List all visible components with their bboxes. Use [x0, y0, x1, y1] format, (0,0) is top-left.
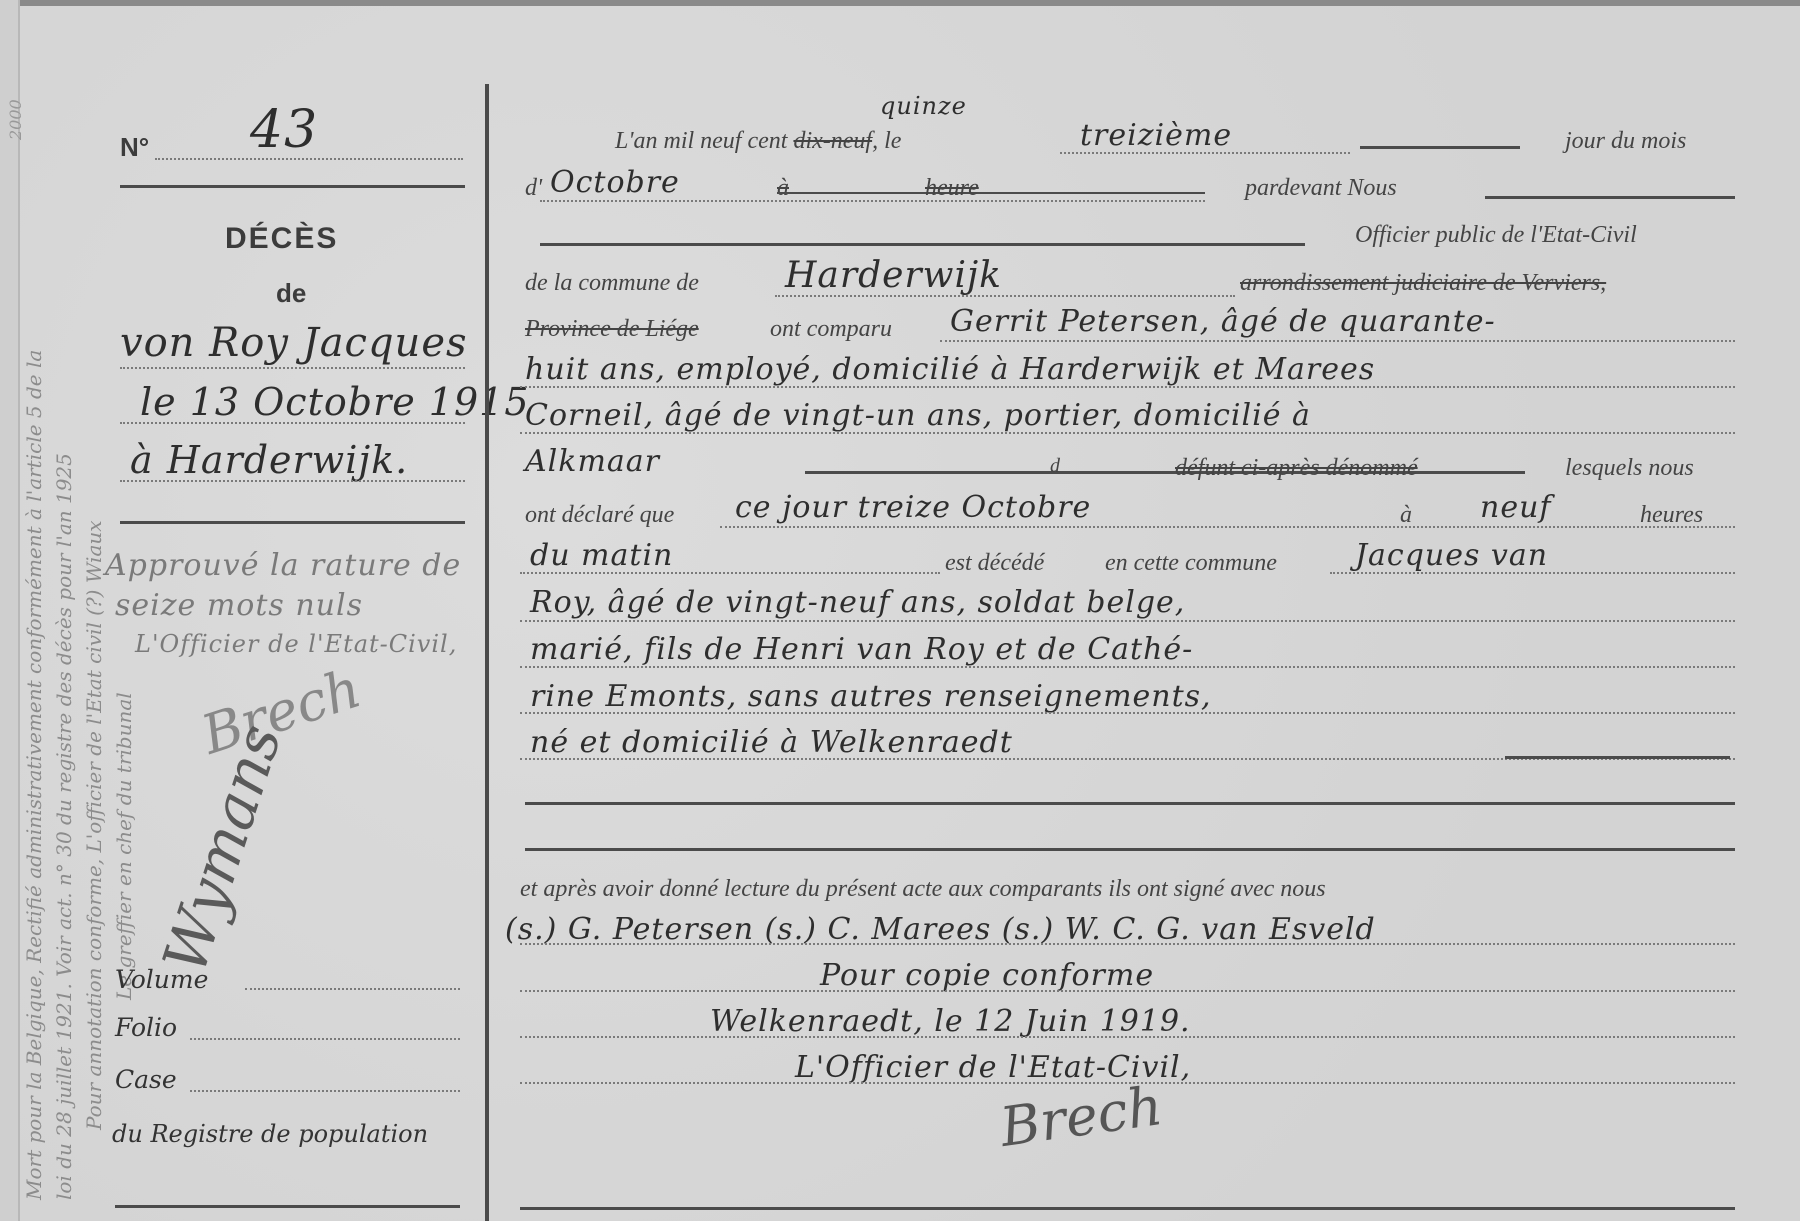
- edge-marks: 2000: [6, 99, 25, 140]
- struck-province: Province de Liége: [525, 316, 699, 343]
- line14: né et domicilié à Welkenraedt: [530, 725, 1013, 760]
- death-day: ce jour treize Octobre: [735, 490, 1091, 525]
- line10-decede: est décédé: [945, 550, 1044, 577]
- death-place: à Harderwijk.: [130, 438, 408, 482]
- volume-label: Volume: [115, 965, 208, 994]
- approval-note-line-1: Approuvé la rature de: [105, 548, 461, 583]
- line7: Corneil, âgé de vingt-un ans, portier, d…: [525, 398, 1311, 433]
- witness-1: Gerrit Petersen, âgé de quarante-: [950, 304, 1496, 339]
- signatures-line: (s.) G. Petersen (s.) C. Marees (s.) W. …: [505, 912, 1376, 947]
- binding-edge: [0, 0, 20, 1221]
- line1-text: L'an mil neuf cent dix-neuf, le: [615, 128, 901, 155]
- line9-declare: ont déclaré que: [525, 502, 674, 529]
- line2-pardevant: pardevant Nous: [1245, 175, 1397, 202]
- line8-d: d: [1050, 455, 1060, 478]
- margin-annotation-line-2: loi du 28 juillet 1921. Voir act. n° 30 …: [52, 453, 76, 1200]
- day-word: treizième: [1080, 118, 1232, 153]
- title-de: de: [276, 278, 306, 309]
- line6: huit ans, employé, domicilié à Harderwij…: [525, 352, 1375, 387]
- approval-note-line-2: seize mots nuls: [115, 588, 363, 623]
- line11: Roy, âgé de vingt-neuf ans, soldat belge…: [530, 585, 1185, 620]
- struck-arrondissement: arrondissement judiciaire de Verviers,: [1240, 270, 1606, 297]
- margin-annotation-line-4: Le greffier en chef du tribunal: [112, 692, 136, 1000]
- line4-commune: de la commune de: [525, 270, 699, 297]
- line1-end: jour du mois: [1565, 128, 1686, 155]
- margin-annotation-line-3: Pour annotation conforme, L'officier de …: [82, 520, 106, 1130]
- approval-note-line-3: L'Officier de l'Etat-Civil,: [135, 630, 457, 658]
- struck-defunt: défunt ci-après dénommé: [1175, 455, 1418, 482]
- case-label: Case: [115, 1065, 177, 1094]
- column-divider: [485, 84, 489, 1221]
- line12: marié, fils de Henri van Roy et de Cathé…: [530, 632, 1193, 667]
- margin-annotation-line-1: Mort pour la Belgique, Rectifié administ…: [22, 350, 46, 1200]
- struck-heure: heure: [925, 175, 979, 202]
- line9-a: à: [1400, 502, 1412, 529]
- deceased-name: von Roy Jacques: [120, 320, 468, 366]
- insert-quinze: quinze: [880, 92, 967, 120]
- line8-lesquels: lesquels nous: [1565, 455, 1694, 482]
- death-date: le 13 Octobre 1915: [140, 380, 530, 424]
- number-label: N°: [120, 132, 149, 163]
- copy-place-date: Welkenraedt, le 12 Juin 1919.: [710, 1004, 1191, 1039]
- commune-name: Harderwijk: [785, 255, 1002, 296]
- line3-officier: Officier public de l'Etat-Civil: [1355, 222, 1637, 249]
- line10-commune: en cette commune: [1105, 550, 1277, 577]
- death-time-of-day: du matin: [530, 538, 673, 573]
- line5-comparu: ont comparu: [770, 316, 892, 343]
- folio-label: Folio: [115, 1013, 177, 1042]
- act-number: 43: [250, 100, 318, 160]
- line9-heures: heures: [1640, 502, 1703, 529]
- line2-d: d': [525, 175, 542, 202]
- struck-a: à: [777, 175, 789, 202]
- line13: rine Emonts, sans autres renseignements,: [530, 679, 1212, 714]
- document-title: DÉCÈS: [225, 222, 338, 256]
- month-word: Octobre: [550, 165, 680, 200]
- registry-footer: du Registre de population: [112, 1120, 428, 1148]
- witness-2-residence: Alkmaar: [525, 444, 660, 479]
- closing-statement: et après avoir donné lecture du présent …: [520, 876, 1326, 903]
- death-hour: neuf: [1480, 490, 1552, 525]
- copy-note: Pour copie conforme: [820, 958, 1154, 993]
- deceased-first-name: Jacques van: [1355, 538, 1548, 573]
